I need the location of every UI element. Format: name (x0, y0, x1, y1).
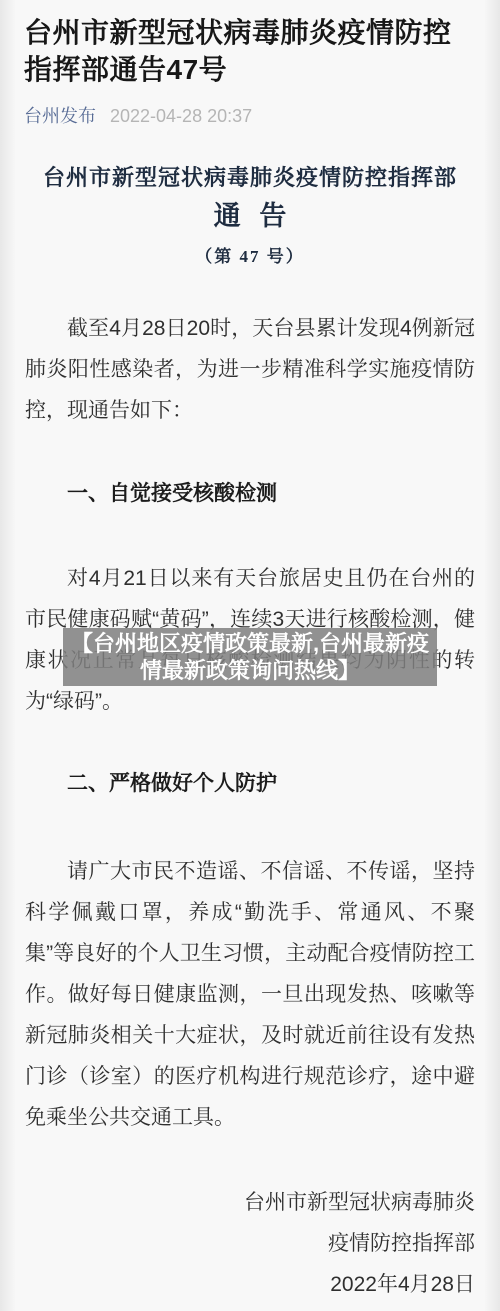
watermark-text-line2: 情最新政策询问热线】 (67, 657, 433, 684)
article-page: 台州市新型冠状病毒肺炎疫情防控指挥部通告47号 台州发布2022-04-28 2… (0, 0, 500, 1311)
signature-date: 2022年4月28日 (25, 1264, 475, 1305)
notice-doc-number: （第 47 号） (0, 245, 500, 269)
signature-block: 台州市新型冠状病毒肺炎 疫情防控指挥部 2022年4月28日 (0, 1182, 500, 1305)
publish-timestamp: 2022-04-28 20:37 (110, 106, 252, 126)
section1-heading: 一、自觉接受核酸检测 (0, 473, 500, 514)
page-title: 台州市新型冠状病毒肺炎疫情防控指挥部通告47号 (0, 0, 500, 88)
source-account-link[interactable]: 台州发布 (24, 106, 96, 126)
signature-org-line1: 台州市新型冠状病毒肺炎 (25, 1182, 475, 1223)
article-meta: 台州发布2022-04-28 20:37 (0, 105, 500, 127)
notice-issuing-org: 台州市新型冠状病毒肺炎疫情防控指挥部 (0, 163, 500, 193)
intro-paragraph: 截至4月28日20时，天台县累计发现4例新冠肺炎阳性感染者，为进一步精准科学实施… (0, 308, 500, 431)
watermark-overlay: 【台州地区疫情政策最新,台州最新疫 情最新政策询问热线】 (63, 628, 437, 686)
notice-header-scan: 台州市新型冠状病毒肺炎疫情防控指挥部 通 告 （第 47 号） (0, 163, 500, 269)
section2-paragraph: 请广大市民不造谣、不信谣、不传谣，坚持科学佩戴口罩，养成“勤洗手、常通风、不聚集… (0, 851, 500, 1138)
watermark-text-line1: 【台州地区疫情政策最新,台州最新疫 (67, 630, 433, 657)
signature-org-line2: 疫情防控指挥部 (25, 1223, 475, 1264)
notice-doc-type: 通 告 (0, 198, 500, 235)
section2-heading: 二、严格做好个人防护 (0, 763, 500, 804)
